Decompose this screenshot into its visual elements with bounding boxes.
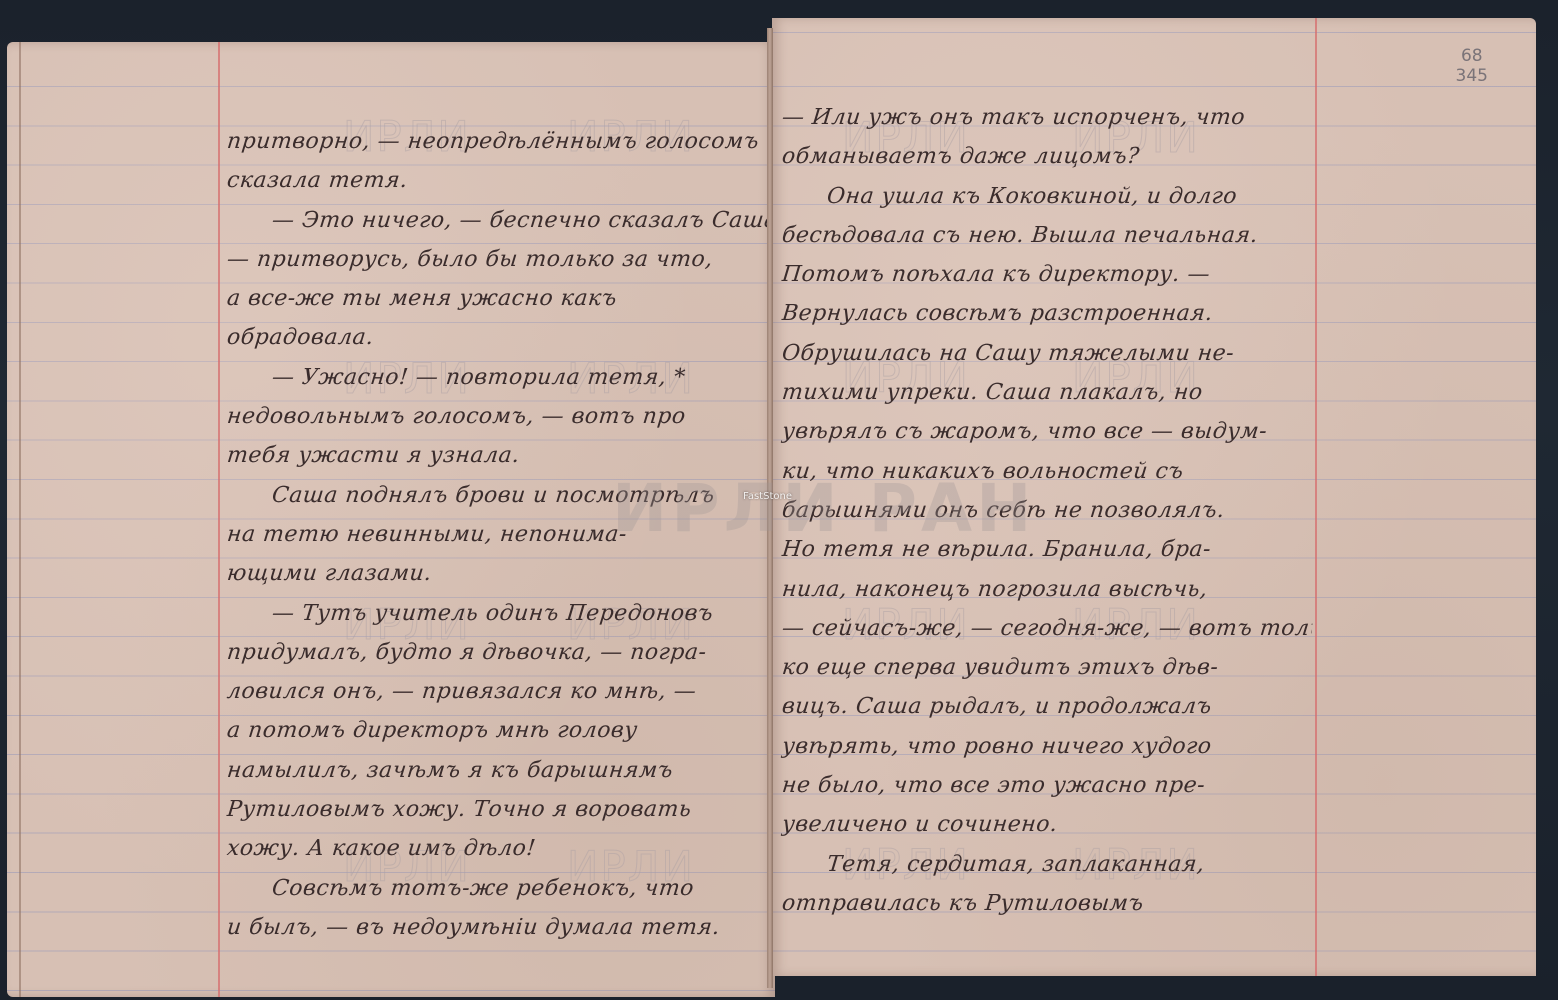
folio-bottom: 345 — [1456, 66, 1488, 86]
page-edge-line — [19, 42, 21, 997]
text-line: нила, наконецъ погрозила высѣчь, — [780, 570, 1314, 609]
text-line: Вернулась совсѣмъ разстроенная. — [780, 294, 1314, 333]
text-line: сказала тетя. — [225, 161, 774, 200]
folio-top: 68 — [1456, 46, 1488, 66]
text-line: тебя ужасти я узнала. — [225, 436, 774, 475]
text-line: Тетя, сердитая, заплаканная, — [780, 845, 1314, 884]
text-line: вицъ. Саша рыдалъ, и продолжалъ — [780, 687, 1314, 726]
left-page-text: притворно, — неопредѣлённымъ голосомъ ск… — [227, 122, 772, 947]
text-line: на тетю невинными, непонима- — [225, 515, 774, 554]
text-line: и былъ, — въ недоумѣніи думала тетя. — [225, 908, 774, 947]
text-line: — Это ничего, — беспечно сказалъ Саша, — [225, 201, 774, 240]
text-line: увеличено и сочинено. — [780, 805, 1314, 844]
text-line: придумалъ, будто я дѣвочка, — погра- — [225, 633, 774, 672]
text-line: обманываетъ даже лицомъ? — [780, 137, 1314, 176]
text-line: увѣрять, что ровно ничего худого — [780, 727, 1314, 766]
text-line: а все-же ты меня ужасно какъ — [225, 279, 774, 318]
text-line: ки, что никакихъ вольностей съ — [780, 452, 1314, 491]
text-line: ко еще сперва увидитъ этихъ дѣв- — [780, 648, 1314, 687]
text-line: хожу. А какое имъ дѣло! — [225, 829, 774, 868]
text-line: — Ужасно! — повторила тетя, * — [225, 358, 774, 397]
text-line: Но тетя не вѣрила. Бранила, бра- — [780, 530, 1314, 569]
text-line: — Или ужъ онъ такъ испорченъ, что — [780, 98, 1314, 137]
margin-line — [218, 42, 220, 997]
text-line: намылилъ, зачѣмъ я къ барышнямъ — [225, 751, 774, 790]
right-page: ИРЛИ ИРЛИ ИРЛИ ИРЛИ ИРЛИ ИРЛИ ИРЛИ ИРЛИ … — [772, 18, 1536, 976]
text-line: ющими глазами. — [225, 554, 774, 593]
text-line: Саша поднялъ брови и посмотрѣлъ — [225, 476, 774, 515]
text-line: обрадовала. — [225, 318, 774, 357]
text-line: тихими упреки. Саша плакалъ, но — [780, 373, 1314, 412]
text-line: а потомъ директоръ мнѣ голову — [225, 711, 774, 750]
text-line: Потомъ поѣхала къ директору. — — [780, 255, 1314, 294]
text-line: барышнями онъ себѣ не позволялъ. — [780, 491, 1314, 530]
text-line: — сейчасъ-же, — сегодня-же, — вотъ толь- — [780, 609, 1314, 648]
faststone-logo: FastStone — [743, 491, 792, 502]
folio-number: 68 345 — [1456, 46, 1488, 86]
text-line: Обрушилась на Сашу тяжелыми не- — [780, 334, 1314, 373]
text-line: недовольнымъ голосомъ, — вотъ про — [225, 397, 774, 436]
text-line: ловился онъ, — привязался ко мнѣ, — — [225, 672, 774, 711]
text-line: Совсѣмъ тотъ-же ребенокъ, что — [225, 869, 774, 908]
text-line: притворно, — неопредѣлённымъ голосомъ — [225, 122, 774, 161]
text-line: — притворусь, было бы только за что, — [225, 240, 774, 279]
left-page: ИРЛИ ИРЛИ ИРЛИ ИРЛИ ИРЛИ ИРЛИ ИРЛИ ИРЛИ … — [7, 42, 775, 997]
text-line: бесѣдовала съ нею. Вышла печальная. — [780, 216, 1314, 255]
text-line: Рутиловымъ хожу. Точно я воровать — [225, 790, 774, 829]
text-line: увѣрялъ съ жаромъ, что все — выдум- — [780, 412, 1314, 451]
book-spine — [767, 28, 773, 988]
margin-line — [1315, 18, 1317, 976]
text-line: Она ушла къ Коковкиной, и долго — [780, 177, 1314, 216]
text-line: отправилась къ Рутиловымъ — [780, 884, 1314, 923]
text-line: не было, что все это ужасно пре- — [780, 766, 1314, 805]
right-page-text: — Или ужъ онъ такъ испорченъ, что обманы… — [782, 98, 1312, 923]
text-line: — Тутъ учитель одинъ Передоновъ — [225, 594, 774, 633]
